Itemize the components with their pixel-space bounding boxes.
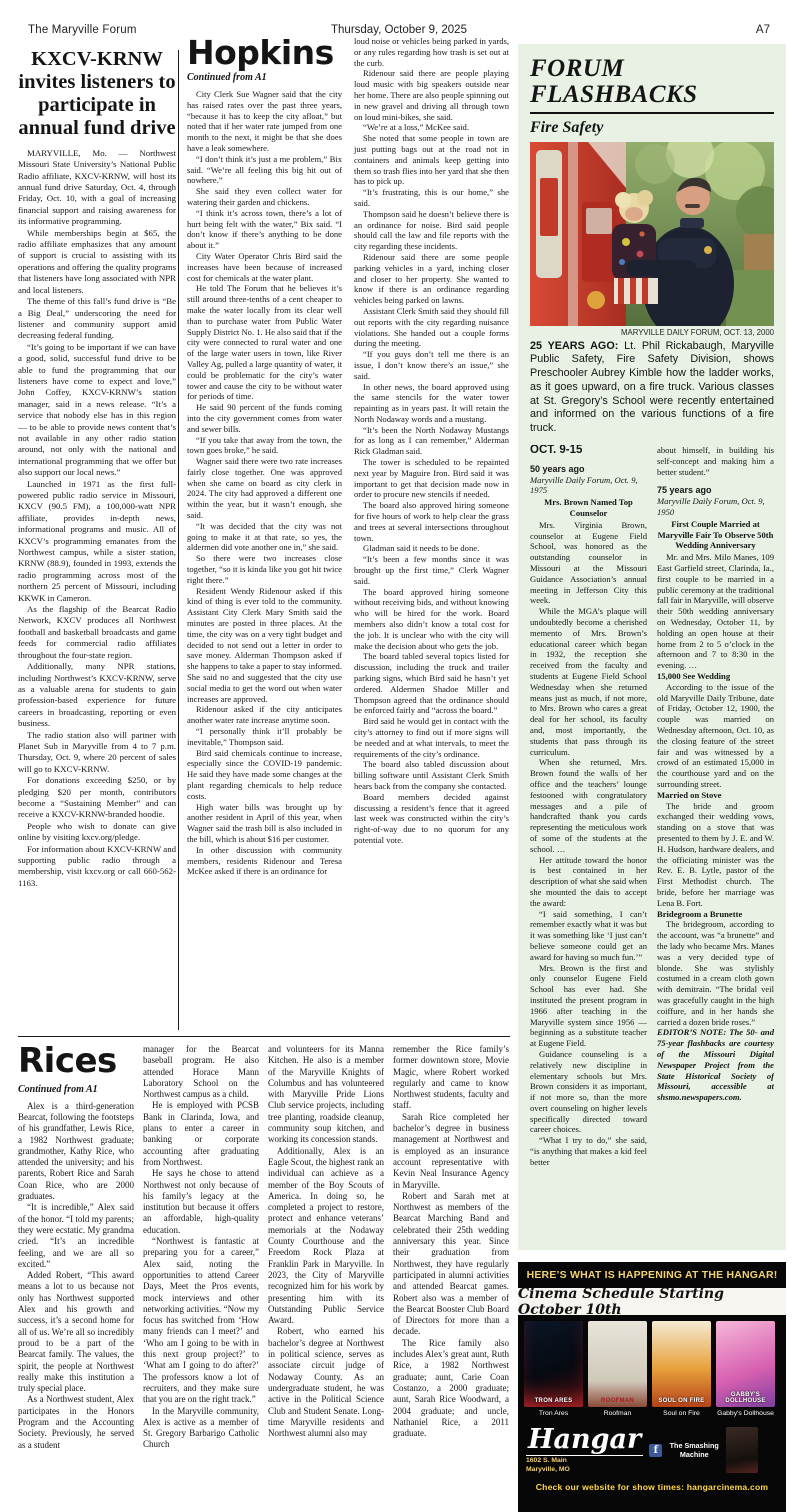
text-block: Ridenour said there are people playing l…	[354, 68, 509, 122]
text-block: Her attitude toward the honor is best co…	[530, 855, 647, 909]
hopkins-headline: Hopkins	[187, 36, 342, 69]
text-block: about himself, in building his self-conc…	[657, 445, 774, 477]
text-block: Resident Wendy Ridenour asked if this ki…	[187, 586, 342, 705]
text-block: The board also tabled discussion about b…	[354, 759, 509, 791]
section-rule	[18, 1036, 510, 1037]
text-block: While the MGA’s plaque will undoubtedly …	[530, 606, 647, 757]
text-block: Robert, who earned his bachelor’s degree…	[268, 1326, 384, 1439]
text-block: Mr. and Mrs. Milo Manes, 109 East Garfie…	[657, 552, 774, 671]
text-block: “If you take that away from the town, th…	[187, 435, 342, 457]
text-block: Additionally, Alex is an Eagle Scout, th…	[268, 1146, 384, 1327]
facebook-icon: f	[649, 1444, 662, 1457]
column-rule	[178, 50, 179, 1030]
text-block: For donations exceeding $250, or by pled…	[18, 775, 176, 821]
flashbacks-title: FORUM FLASHBACKS	[530, 56, 774, 114]
rices-col2: manager for the Bearcat baseball program…	[143, 1044, 259, 1451]
text-block: OCT. 9-15	[530, 445, 647, 456]
text-block: Bridegroom a Brunette	[657, 909, 774, 920]
text-block: Maryville Daily Forum, Oct. 9, 1975	[530, 475, 647, 497]
text-block: “Northwest is fantastic at preparing you…	[143, 1236, 259, 1405]
text-block: EDITOR’S NOTE: The 50- and 75-year flash…	[657, 1027, 774, 1103]
smashing-machine-poster	[726, 1427, 758, 1473]
text-block: Assistant Clerk Smith said they should f…	[354, 306, 509, 349]
text-block: As the flagship of the Bearcat Radio Net…	[18, 604, 176, 661]
text-block: Maryville Daily Forum, Oct. 9, 1950	[657, 496, 774, 518]
text-block: Bird said he would get in contact with t…	[354, 716, 509, 759]
text-block: manager for the Bearcat baseball program…	[143, 1044, 259, 1100]
text-block: He said 90 percent of the funds coming i…	[187, 402, 342, 434]
text-block: In other news, the board approved using …	[354, 382, 509, 425]
text-block: Launched in 1971 as the first full-power…	[18, 479, 176, 604]
movie-posters-row: Tron Ares Tron Ares Roofman Roofman Soul…	[518, 1315, 786, 1420]
text-block: City Water Operator Chris Bird said the …	[187, 251, 342, 283]
text-block: Added Robert, “This award means a lot to…	[18, 1270, 134, 1394]
article-hopkins: Hopkins Continued from A1 City Clerk Sue…	[187, 36, 509, 1032]
text-block: When she returned, Mrs. Brown found the …	[530, 757, 647, 854]
rices-col3: and volunteers for its Manna Kitchen. He…	[268, 1044, 384, 1439]
text-block: “If you guys don’t tell me there is an i…	[354, 349, 509, 381]
movie-cell: Soul on Fire Soul on Fire	[652, 1321, 711, 1418]
roofman-poster: Roofman	[588, 1321, 647, 1407]
rices-headline: Rices	[18, 1044, 134, 1080]
text-block: Mrs. Virginia Brown, counselor at Eugene…	[530, 520, 647, 606]
poster-title: Gabby's Dollhouse	[716, 1392, 775, 1407]
text-block: Gladman said it needs to be done.	[354, 543, 509, 554]
ad-footer-text: Check our website for show times: hangar…	[518, 1479, 786, 1495]
text-block: He is employed with PCSB Bank in Clarind…	[143, 1100, 259, 1168]
text-block: Robert and Sarah met at Northwest as mem…	[393, 1191, 509, 1338]
text-block: “It’s been a few months since it was bro…	[354, 554, 509, 586]
flashback-photo	[530, 142, 774, 326]
movie-cell: Gabby's Dollhouse Gabby's Dollhouse	[716, 1321, 775, 1418]
text-block: The tower is scheduled to be repainted n…	[354, 457, 509, 500]
text-block: “It’s going to be important if we can ha…	[18, 342, 176, 479]
text-block: According to the issue of the old Maryvi…	[657, 682, 774, 790]
text-block: He told The Forum that he believes it’s …	[187, 283, 342, 402]
text-block: Ridenour said there are some people park…	[354, 252, 509, 306]
text-block: First Couple Married at Maryville Fair T…	[657, 519, 774, 551]
newspaper-page: The Maryville Forum Thursday, October 9,…	[0, 0, 792, 1512]
text-block: For information about KXCV-KRNW and supp…	[18, 844, 176, 890]
text-block: He says he chose to attend Northwest not…	[143, 1168, 259, 1236]
text-block: The bride and groom exchanged their wedd…	[657, 801, 774, 909]
kxcv-body: MARYVILLE, Mo. — Northwest Missouri Stat…	[18, 148, 176, 889]
text-block: While memberships begin at $65, the radi…	[18, 228, 176, 296]
text-block: “It is incredible,” Alex said of the hon…	[18, 1202, 134, 1270]
ad-banner-headline: HERE’S WHAT IS HAPPENING AT THE HANGAR!	[518, 1262, 786, 1288]
text-block: High water bills was brought up by anoth…	[187, 802, 342, 845]
text-block: 75 years ago	[657, 485, 774, 496]
text-block: She noted that some people in town are j…	[354, 133, 509, 187]
movie-cell: Tron Ares Tron Ares	[524, 1321, 583, 1418]
text-block: Married on Stove	[657, 790, 774, 801]
text-block: “We’re at a loss,” McKee said.	[354, 122, 509, 133]
text-block: Wagner said there were two rate increase…	[187, 456, 342, 521]
ad-bottom-row: Hangar 1602 S. Main Maryville, MO f The …	[518, 1420, 786, 1479]
forum-flashbacks-section: FORUM FLASHBACKS Fire Safety	[518, 44, 786, 1250]
text-block: MARYVILLE, Mo. — Northwest Missouri Stat…	[18, 148, 176, 228]
text-block: Sarah Rice completed her bachelor’s degr…	[393, 1112, 509, 1191]
text-block: 50 years ago	[530, 464, 647, 475]
text-block: Thompson said he doesn’t believe there i…	[354, 209, 509, 252]
hangar-address: 1602 S. Main Maryville, MO	[526, 1456, 643, 1474]
poster-title: Tron Ares	[524, 1398, 583, 1407]
text-block: The theme of this fall’s fund drive is “…	[18, 296, 176, 342]
text-block: The Rice family also includes Alex’s gre…	[393, 1338, 509, 1440]
text-block: In other discussion with community membe…	[187, 845, 342, 877]
text-block: The board tabled several topics listed f…	[354, 651, 509, 716]
article-kxcv-fund-drive: KXCV-KRNW invites listeners to participa…	[18, 46, 176, 1030]
hopkins-col1: City Clerk Sue Wagner said that the city…	[187, 89, 342, 877]
text-block: The board approved hiring someone withou…	[354, 587, 509, 652]
text-block: “It’s frustrating, this is our home,” sh…	[354, 187, 509, 209]
text-block: Alex is a third-generation Bearcat, foll…	[18, 1101, 134, 1203]
tron-ares-poster: Tron Ares	[524, 1321, 583, 1407]
photo-caption: 25 YEARS AGO: Lt. Phil Rickabaugh, Maryv…	[530, 340, 774, 437]
text-block: Bird said chemicals continue to increase…	[187, 748, 342, 802]
soul-on-fire-poster: Soul on Fire	[652, 1321, 711, 1407]
poster-title: Roofman	[588, 1398, 647, 1407]
rices-col1: Alex is a third-generation Bearcat, foll…	[18, 1101, 134, 1451]
page-number: A7	[756, 24, 770, 36]
address-line2: Maryville, MO	[526, 1466, 570, 1473]
text-block: and volunteers for its Manna Kitchen. He…	[268, 1044, 384, 1146]
text-block: City Clerk Sue Wagner said that the city…	[187, 89, 342, 154]
text-block: “I don’t think it’s just a me problem,” …	[187, 154, 342, 186]
text-block: Additionally, many NPR stations, includi…	[18, 661, 176, 729]
photo-credit: MARYVILLE DAILY FORUM, OCT. 13, 2000	[530, 328, 774, 337]
text-block: loud noise or vehicles being parked in y…	[354, 36, 509, 68]
flashbacks-50-years-column: OCT. 9-1550 years agoMaryville Daily For…	[530, 445, 647, 1250]
text-block: remember the Rice family’s former downto…	[393, 1044, 509, 1112]
text-block: Board members decided against discussing…	[354, 792, 509, 846]
text-block: Guidance counseling is a relatively new …	[530, 1049, 647, 1135]
caption-text: Lt. Phil Rickabaugh, Maryville Public Sa…	[530, 340, 774, 435]
hangar-logo: Hangar	[526, 1426, 643, 1456]
flashbacks-75-years-column: about himself, in building his self-conc…	[657, 445, 774, 1250]
article-rices: Rices Continued from A1 Alex is a third-…	[18, 1044, 510, 1506]
text-block: Mrs. Brown is the first and only counsel…	[530, 963, 647, 1049]
text-block: Mrs. Brown Named Top Counselor	[530, 497, 647, 519]
smashing-machine-label: The Smashing Machine	[668, 1441, 720, 1459]
text-block: In the Maryville community, Alex is acti…	[143, 1406, 259, 1451]
poster-title: Soul on Fire	[652, 1398, 711, 1407]
hopkins-col2: loud noise or vehicles being parked in y…	[354, 36, 509, 846]
text-block: Ridenour asked if the city anticipates a…	[187, 704, 342, 726]
ad-schedule-title: Cinema Schedule Starting October 10th	[518, 1288, 786, 1315]
movie-label: Tron Ares	[524, 1407, 583, 1418]
text-block: “What I try to do,” she said, “is anythi…	[530, 1135, 647, 1167]
movie-label: Roofman	[588, 1407, 647, 1418]
text-block: “I think it’s across town, there’s a lot…	[187, 208, 342, 251]
address-line1: 1602 S. Main	[526, 1457, 567, 1464]
kxcv-headline: KXCV-KRNW invites listeners to participa…	[18, 48, 176, 140]
gabbys-dollhouse-poster: Gabby's Dollhouse	[716, 1321, 775, 1407]
text-block: “I personally think it’ll probably be in…	[187, 726, 342, 748]
caption-lead: 25 YEARS AGO:	[530, 340, 618, 352]
rices-col4: remember the Rice family’s former downto…	[393, 1044, 509, 1439]
text-block: She said they even collect water for wat…	[187, 186, 342, 208]
text-block: People who wish to donate can give onlin…	[18, 821, 176, 844]
text-block: 15,000 See Wedding	[657, 671, 774, 682]
text-block: “It’s been the North Nodaway Mustangs fo…	[354, 425, 509, 457]
text-block: “It was decided that the city was not go…	[187, 521, 342, 553]
movie-label: Gabby's Dollhouse	[716, 1407, 775, 1418]
text-block: The radio station also will partner with…	[18, 730, 176, 776]
rices-continued-line: Continued from A1	[18, 1084, 134, 1095]
hangar-cinema-ad: HERE’S WHAT IS HAPPENING AT THE HANGAR! …	[518, 1262, 786, 1512]
text-block: “I said something, I can’t remember exac…	[530, 909, 647, 963]
flashbacks-subtitle: Fire Safety	[530, 119, 774, 137]
text-block: The bridegroom, according to the account…	[657, 919, 774, 1027]
issue-date: Thursday, October 9, 2025	[28, 24, 770, 36]
text-block: So there were two increases close togeth…	[187, 553, 342, 585]
movie-label: Soul on Fire	[652, 1407, 711, 1418]
hopkins-continued-line: Continued from A1	[187, 72, 342, 83]
movie-cell: Roofman Roofman	[588, 1321, 647, 1418]
text-block: The board also approved hiring someone f…	[354, 500, 509, 543]
text-block: As a Northwest student, Alex participate…	[18, 1394, 134, 1450]
